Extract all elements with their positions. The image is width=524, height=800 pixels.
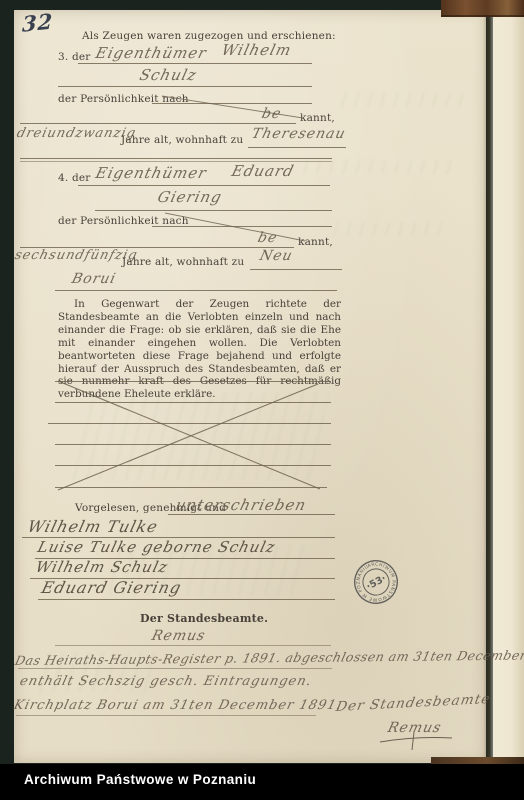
- witness3-age: dreiundzwanzig: [15, 126, 138, 141]
- witness3-residence: Theresenau: [250, 126, 347, 142]
- witness3-surname: Schulz: [138, 66, 199, 84]
- declaration-paragraph: In Gegenwart der Zeugen richtete der Sta…: [58, 298, 341, 401]
- witness4-bekannt-prefix: be: [256, 230, 279, 246]
- unterschrieben-word: unterschrieben: [174, 496, 309, 514]
- ink-bleed: [336, 92, 467, 108]
- witness4-age: sechsundfünfzig: [13, 248, 139, 263]
- witness4-bekannt-suffix: kannt,: [298, 236, 333, 248]
- registrar-label: Der Standesbeamte.: [140, 612, 268, 625]
- witness4-occupation: Eigenthümer: [94, 164, 209, 182]
- witness4-residence-line1: Neu: [258, 248, 295, 264]
- closure-line2: enthält Sechszig gesch. Eintragungen.: [18, 674, 313, 689]
- binding-leather-top: [441, 0, 524, 17]
- signature-bride: Luise Tulke geborne Schulz: [36, 538, 278, 556]
- witness3-age-label: Jahre alt, wohnhaft zu: [121, 134, 243, 146]
- witness3-occupation: Eigenthümer: [94, 44, 209, 62]
- witness4-index: 4. der: [58, 172, 91, 184]
- witness4-first-name: Eduard: [230, 162, 296, 180]
- witness3-first-name: Wilhelm: [220, 41, 294, 59]
- witness3-bekannt-suffix: kannt,: [300, 112, 335, 124]
- page-number: 32: [22, 8, 54, 36]
- witness3-bekannt-prefix: be: [260, 106, 283, 122]
- archive-name: Archiwum Państwowe w Poznaniu: [24, 772, 256, 787]
- signature-witness3: Wilhelm Schulz: [34, 558, 170, 576]
- witness3-index: 3. der: [58, 51, 91, 63]
- witness4-surname: Giering: [156, 188, 224, 206]
- ink-bleed: [329, 222, 452, 236]
- witness-section-header: Als Zeugen waren zugezogen und erschiene…: [82, 30, 336, 42]
- signature-groom: Wilhelm Tulke: [26, 517, 161, 536]
- closure-place-date: Kirchplatz Borui am 31ten December 1891.: [12, 698, 343, 713]
- witness4-residence-line2: Borui: [70, 271, 118, 287]
- registry-book-scan: 32 Als Zeugen waren zugezogen und erschi…: [0, 0, 524, 800]
- stamp-number: ·53·: [365, 573, 389, 592]
- closure-registrar-signature: Remus: [386, 720, 443, 736]
- archive-watermark-bar: Archiwum Państwowe w Poznaniu: [0, 764, 524, 800]
- witness4-age-label: Jahre alt, wohnhaft zu: [122, 256, 244, 268]
- registrar-signature: Remus: [150, 628, 207, 644]
- ink-bleed: [71, 392, 330, 480]
- signature-witness4: Eduard Giering: [40, 578, 184, 597]
- ink-bleed: [299, 160, 452, 174]
